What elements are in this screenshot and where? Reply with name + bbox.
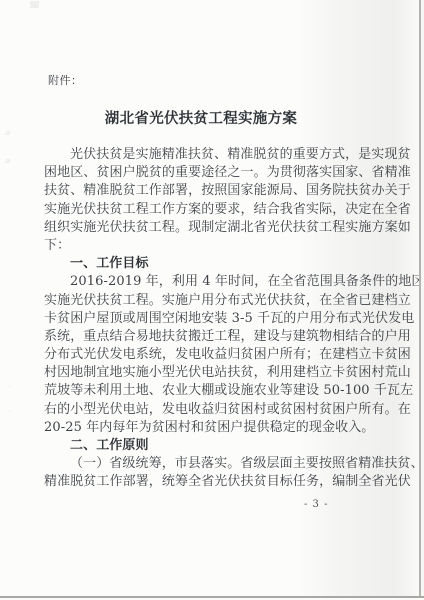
- text-line: 扶贫、精准脱贫工作部署，按照国家能源局、国务院扶贫办关于: [44, 182, 402, 200]
- section1-paragraph: 2016-2019 年，利用 4 年时间，在全省范围具备条件的地区实施光伏扶贫工…: [44, 273, 402, 437]
- scan-artifact: ⁘: [7, 409, 13, 417]
- section2-heading: 二、工作原则: [44, 437, 402, 455]
- text-line: 右的小型光伏电站，发电收益归贫困村或贫困村贫困户所有。在: [44, 401, 402, 419]
- intro-paragraph: 光伏扶贫是实施精准扶贫、精准脱贫的重要方式，是实现贫困地区、贫困户脱贫的重要途径…: [44, 146, 402, 255]
- scanned-document-page: 附件： 湖北省光伏扶贫工程实施方案 光伏扶贫是实施精准扶贫、精准脱贫的重要方式，…: [0, 0, 424, 600]
- text-line: （一）省级统筹，市县落实。省级层面主要按照省精准扶贫、: [44, 455, 402, 473]
- scan-artifact: [30, 1, 39, 8]
- section1-heading: 一、工作目标: [44, 255, 402, 273]
- scan-artifact: .۞: [3, 156, 11, 164]
- text-line: 卡贫困户屋顶或周围空闲地安装 3-5 千瓦的户用分布式光伏发电: [44, 310, 402, 328]
- text-line: 实施光伏扶贫工程。实施户用分布式光伏扶贫，在全省已建档立: [44, 292, 402, 310]
- section2-paragraph: （一）省级统筹，市县落实。省级层面主要按照省精准扶贫、精准脱贫工作部署，统筹全省…: [44, 455, 402, 491]
- text-line: 困地区、贫困户脱贫的重要途径之一。为贯彻落实国家、省精准: [44, 164, 402, 182]
- text-line: 分布式光伏发电系统，发电收益归贫困户所有；在建档立卡贫困: [44, 346, 402, 364]
- text-line: 实施光伏扶贫工程工作方案的要求，结合我省实际，决定在全省: [44, 201, 402, 219]
- scan-artifact: ⁘: [7, 384, 13, 392]
- text-line: 2016-2019 年，利用 4 年时间，在全省范围具备条件的地区: [44, 273, 402, 291]
- page-number: - 3 -: [304, 499, 328, 510]
- text-line: 精准脱贫工作部署，统筹全省光伏扶贫目标任务，编制全省光伏: [44, 473, 402, 491]
- document-title: 湖北省光伏扶贫工程实施方案: [0, 107, 402, 128]
- document-body: 光伏扶贫是实施精准扶贫、精准脱贫的重要方式，是实现贫困地区、贫困户脱贫的重要途径…: [44, 146, 402, 492]
- text-line: 荒坡等未利用土地、农业大棚或设施农业等建设 50-100 千瓦左: [44, 382, 402, 400]
- text-line: 系统，重点结合易地扶贫搬迁工程，建设与建筑物相结合的户用: [44, 328, 402, 346]
- text-line: 20-25 年内每年为贫困村和贫困户提供稳定的现金收入。: [44, 419, 402, 437]
- text-line: 组织实施光伏扶贫工程。现制定湖北省光伏扶贫工程实施方案如: [44, 219, 402, 237]
- scan-artifact: .۞: [3, 128, 11, 136]
- text-line: 光伏扶贫是实施精准扶贫、精准脱贫的重要方式，是实现贫: [44, 146, 402, 164]
- text-line: 村因地制宜地实施小型光伏电站扶贫，利用建档立卡贫困村荒山: [44, 364, 402, 382]
- attachment-label: 附件：: [48, 72, 83, 88]
- text-line: 下：: [44, 237, 402, 255]
